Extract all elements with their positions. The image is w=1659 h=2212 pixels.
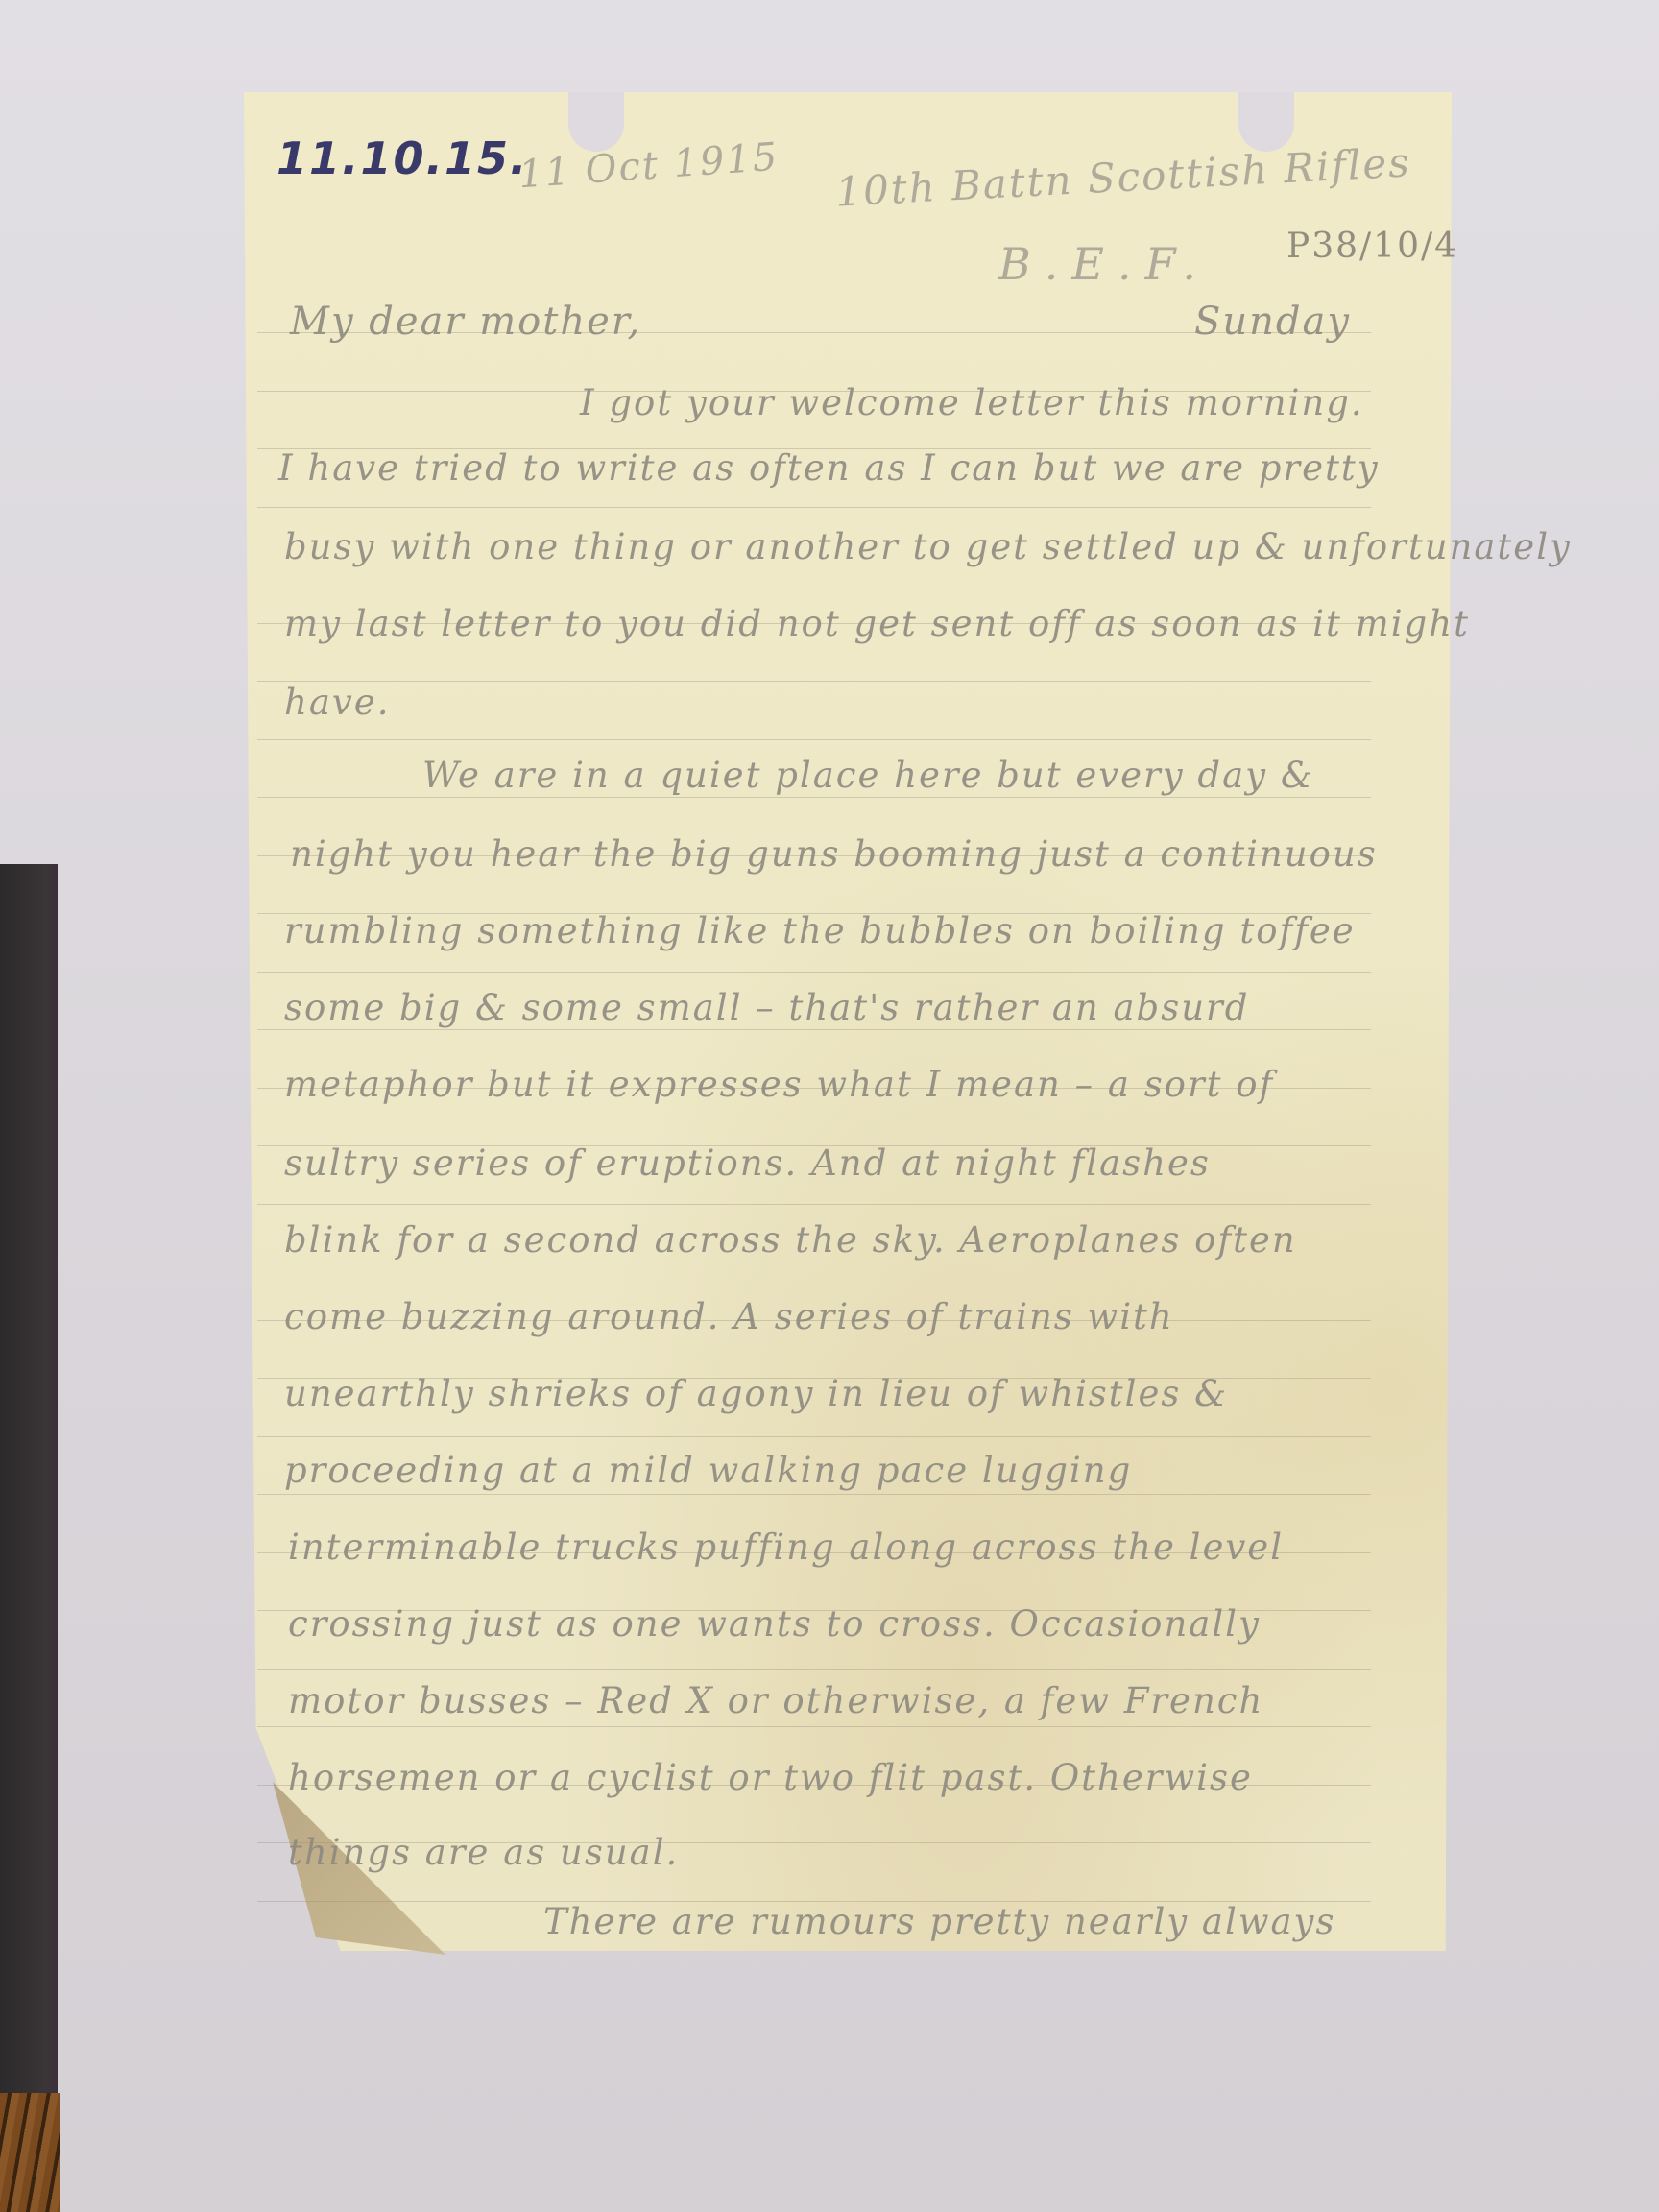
letter-line: things are as usual. xyxy=(288,1832,679,1873)
letter-line: crossing just as one wants to cross. Occ… xyxy=(288,1603,1261,1645)
ruled-line xyxy=(257,681,1371,682)
archive-date: 11.10.15. xyxy=(276,132,528,184)
ruled-line xyxy=(257,507,1371,508)
salutation: My dear mother, xyxy=(290,300,641,344)
location-heading: B.E.F. xyxy=(998,238,1210,290)
punch-hole-right xyxy=(1238,92,1294,152)
letter-line: unearthly shrieks of agony in lieu of wh… xyxy=(284,1373,1228,1414)
letter-line: proceeding at a mild walking pace luggin… xyxy=(284,1450,1132,1491)
letter-line: have. xyxy=(284,682,390,723)
letter-line: rumbling something like the bubbles on b… xyxy=(284,910,1356,951)
ruled-line xyxy=(257,1494,1371,1495)
letter-line: sultry series of eruptions. And at night… xyxy=(284,1142,1211,1184)
letter-line: horsemen or a cyclist or two flit past. … xyxy=(288,1757,1253,1798)
ruled-line xyxy=(257,1262,1371,1262)
letter-line: motor busses – Red X or otherwise, a few… xyxy=(288,1680,1263,1721)
letter-line: some big & some small – that's rather an… xyxy=(284,987,1249,1028)
ruled-line xyxy=(257,1726,1371,1727)
ruled-line xyxy=(257,1029,1371,1030)
ruled-line xyxy=(257,1436,1371,1437)
letter-line: There are rumours pretty nearly always xyxy=(543,1901,1335,1942)
letter-line: come buzzing around. A series of trains … xyxy=(284,1296,1174,1337)
wood-surface xyxy=(0,2093,60,2212)
letter-line: interminable trucks puffing along across… xyxy=(288,1527,1284,1568)
letter-line: We are in a quiet place here but every d… xyxy=(422,755,1314,796)
letter-line: busy with one thing or another to get se… xyxy=(284,526,1572,567)
letter-line: I have tried to write as often as I can … xyxy=(278,447,1380,489)
reference-number: P38/10/4 xyxy=(1286,227,1458,266)
punch-hole-left xyxy=(568,92,624,152)
letter-line: blink for a second across the sky. Aerop… xyxy=(284,1219,1297,1261)
day-label: Sunday xyxy=(1194,300,1351,344)
ruled-line xyxy=(257,1669,1371,1670)
letter-line: metaphor but it expresses what I mean – … xyxy=(284,1064,1274,1105)
ruled-line xyxy=(257,1204,1371,1205)
ruled-line xyxy=(257,797,1371,798)
ruled-line xyxy=(257,739,1371,740)
letter-line: night you hear the big guns booming just… xyxy=(290,833,1378,875)
letter-line: I got your welcome letter this morning. xyxy=(580,382,1364,423)
table-edge xyxy=(0,864,58,2212)
letter-line: my last letter to you did not get sent o… xyxy=(284,603,1470,644)
ruled-line xyxy=(257,972,1371,973)
